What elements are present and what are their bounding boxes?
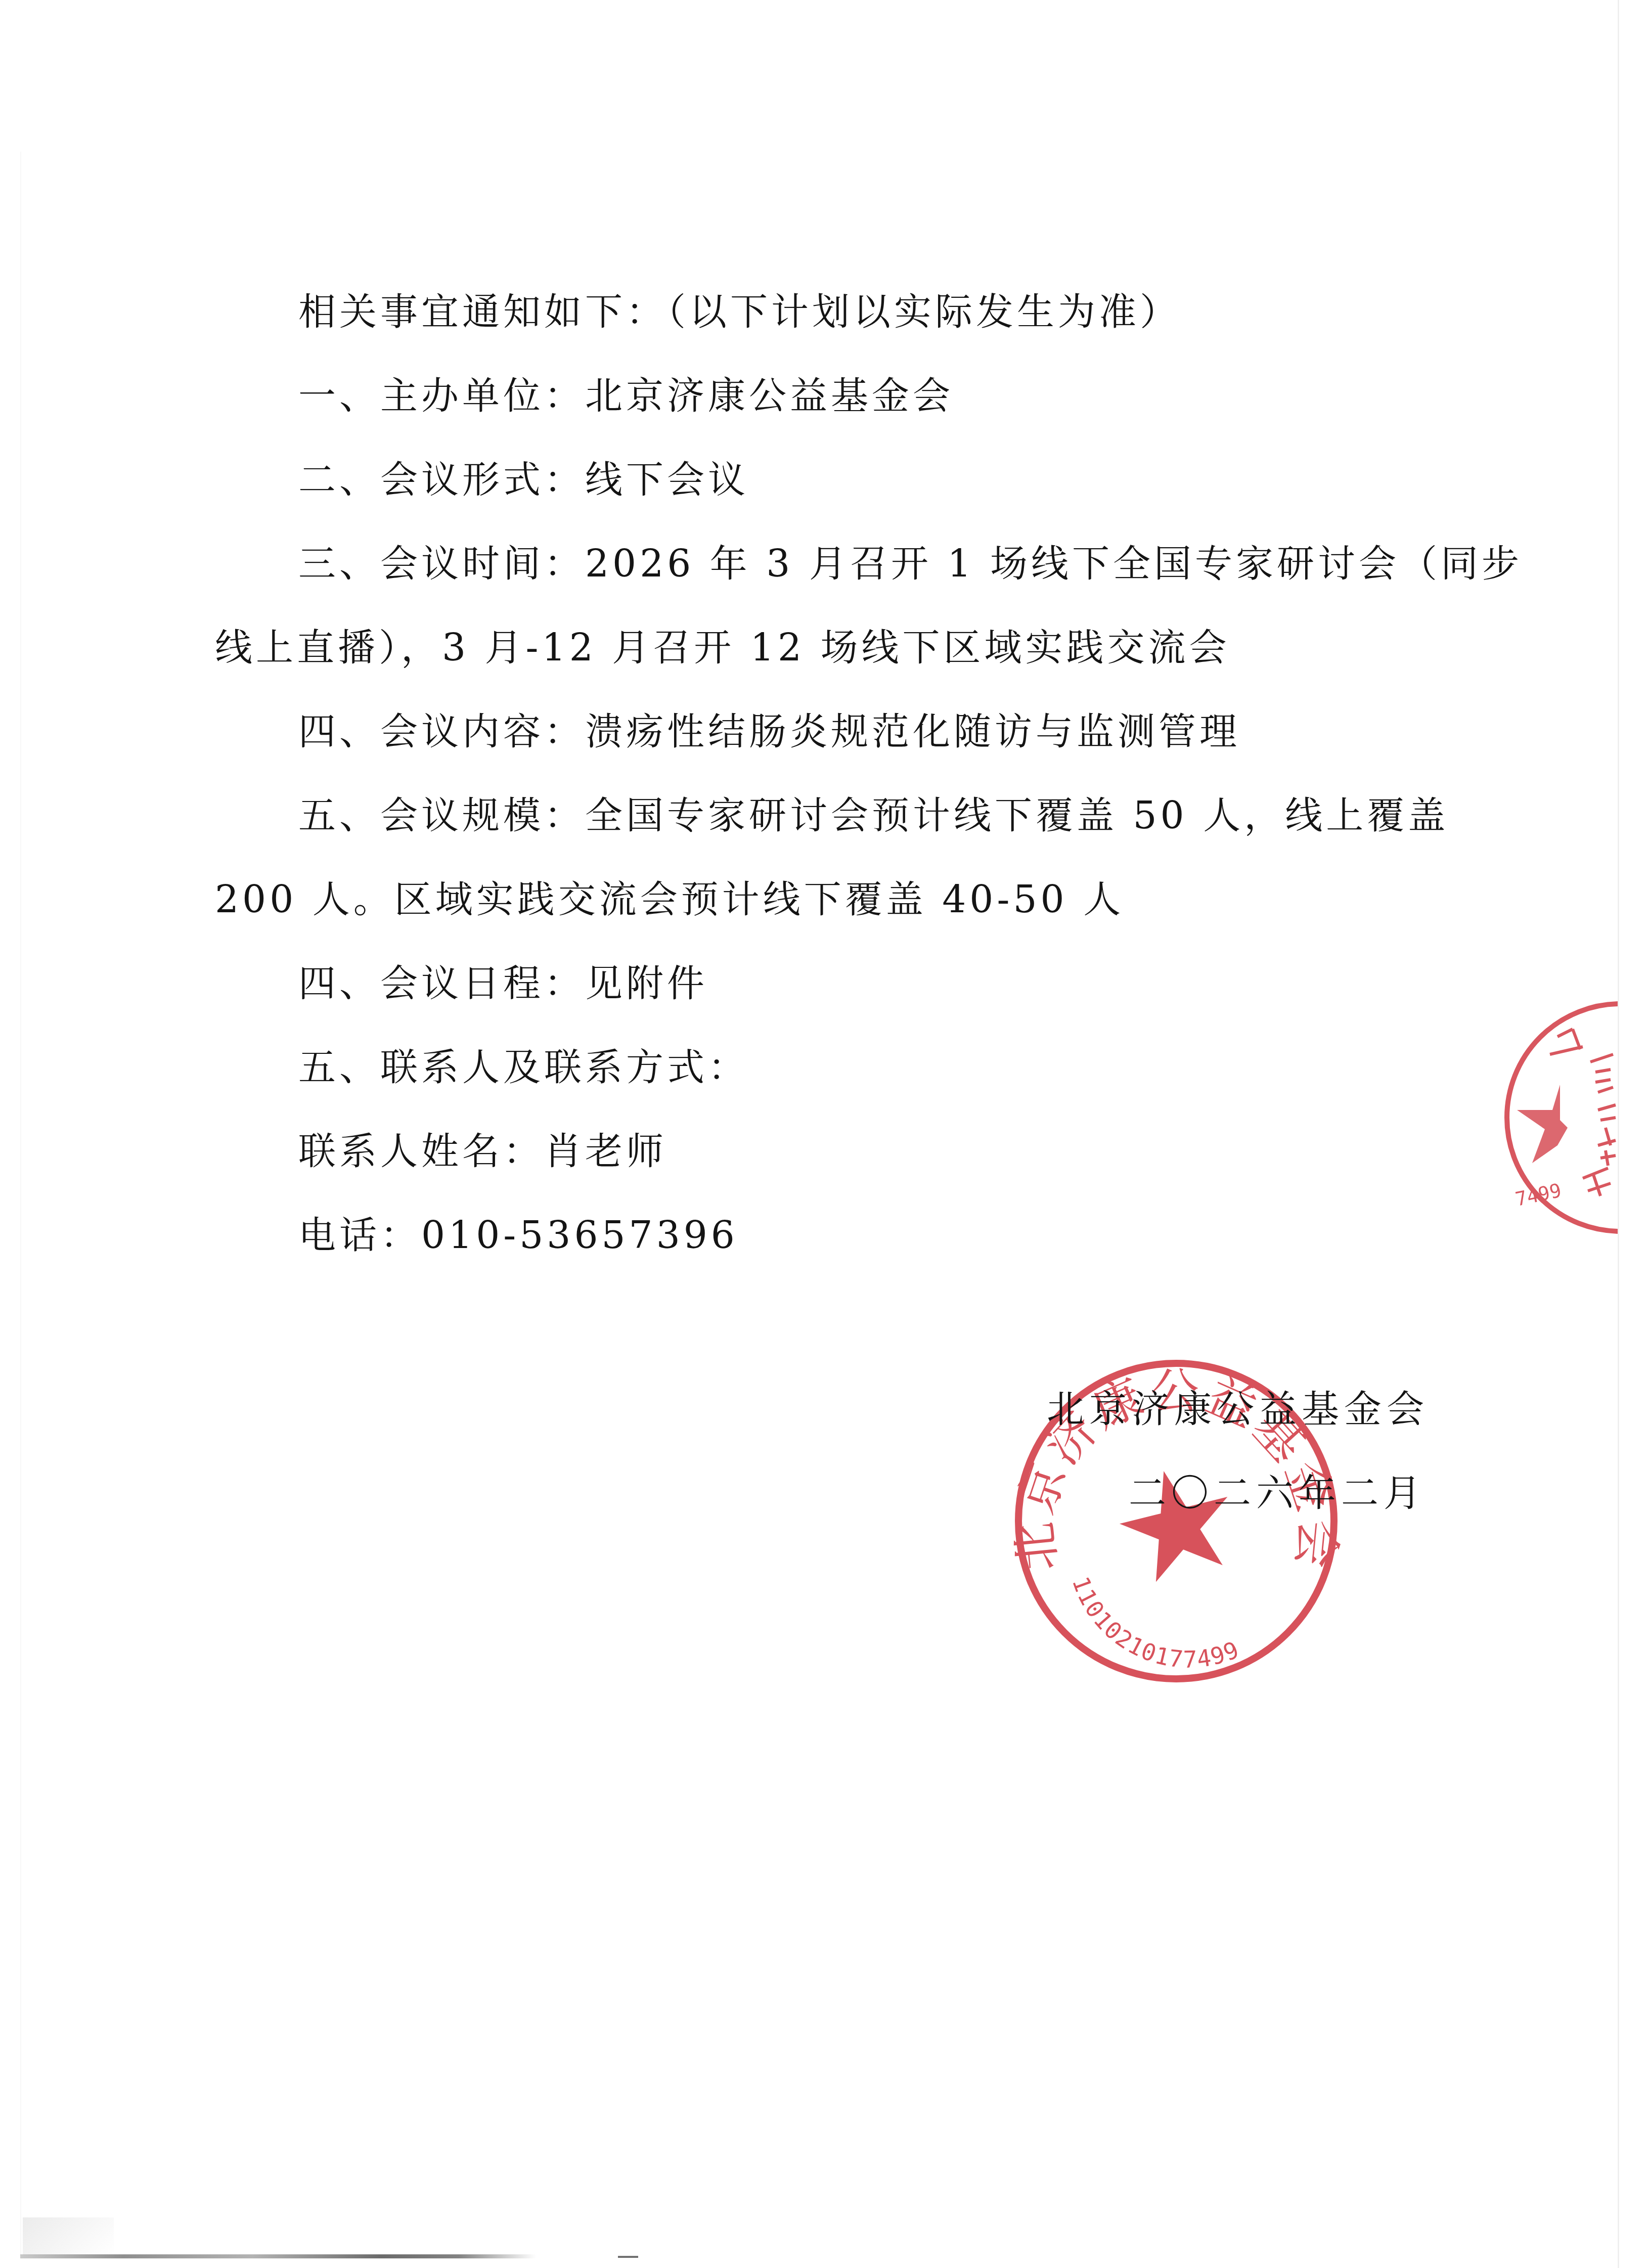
contact-name-line: 联系人姓名：肖老师 — [298, 1129, 667, 1174]
document-page: 相关事宜通知如下：（以下计划以实际发生为准） 一、主办单位：北京济康公益基金会 … — [0, 0, 1648, 2268]
item-label: 五、联系人及联系方式： — [298, 1046, 749, 1089]
item-label: 一、主办单位： — [298, 374, 585, 418]
scan-artifact-line — [20, 2254, 536, 2258]
item-label: 四、会议内容： — [298, 710, 585, 753]
page-edge-right — [1618, 0, 1619, 2268]
item-format: 二、会议形式：线下会议 — [298, 457, 749, 503]
signature-organization-text: 北京济康公益基金会 — [1047, 1388, 1429, 1431]
item-schedule: 四、会议日程：见附件 — [298, 961, 708, 1006]
item-content: 四、会议内容：溃疡性结肠炎规范化随访与监测管理 — [298, 709, 1240, 754]
item-value: 溃疡性结肠炎规范化随访与监测管理 — [585, 710, 1240, 753]
page-edge-left — [20, 152, 21, 2255]
item-scale-line1: 五、会议规模：全国专家研讨会预计线下覆盖 50 人，线上覆盖 — [298, 793, 1449, 838]
item-value-continued: 线上直播），3 月-12 月召开 12 场线下区域实践交流会 — [215, 626, 1230, 670]
signature-date: 二〇二六年二月 — [1129, 1471, 1426, 1516]
scan-artifact-mark — [618, 2256, 638, 2258]
item-value: 全国专家研讨会预计线下覆盖 50 人，线上覆盖 — [585, 794, 1449, 837]
item-value-continued: 200 人。区域实践交流会预计线下覆盖 40-50 人 — [215, 878, 1124, 921]
intro-text: 相关事宜通知如下：（以下计划以实际发生为准） — [298, 290, 1181, 334]
contact-phone: 010-53657396 — [421, 1214, 738, 1257]
item-label: 四、会议日程： — [298, 962, 585, 1005]
item-value: 北京济康公益基金会 — [585, 374, 954, 418]
signature-organization: 北京济康公益基金会 — [1047, 1387, 1429, 1432]
contact-phone-line: 电话：010-53657396 — [298, 1213, 738, 1258]
item-organizer: 一、主办单位：北京济康公益基金会 — [298, 373, 954, 419]
partial-seal-star-icon — [1517, 1085, 1568, 1163]
item-label: 五、会议规模： — [298, 794, 585, 837]
partial-seal-code: 7499 — [1513, 1179, 1564, 1211]
scan-shadow — [23, 2217, 114, 2255]
signature-date-text: 二〇二六年二月 — [1129, 1472, 1426, 1515]
item-label: 二、会议形式： — [298, 458, 585, 502]
intro-paragraph: 相关事宜通知如下：（以下计划以实际发生为准） — [298, 289, 1181, 335]
item-contact-heading: 五、联系人及联系方式： — [298, 1045, 749, 1090]
contact-name: 肖老师 — [544, 1130, 667, 1173]
item-value: 2026 年 3 月召开 1 场线下全国专家研讨会（同步 — [585, 542, 1523, 586]
partial-seal-stamp: 7499 — [1497, 999, 1618, 1236]
contact-phone-label: 电话： — [298, 1214, 421, 1257]
item-time-line2: 线上直播），3 月-12 月召开 12 场线下区域实践交流会 — [215, 625, 1230, 671]
item-value: 线下会议 — [585, 458, 749, 502]
item-scale-line2: 200 人。区域实践交流会预计线下覆盖 40-50 人 — [215, 877, 1124, 922]
item-value: 见附件 — [585, 962, 708, 1005]
item-time-line1: 三、会议时间：2026 年 3 月召开 1 场线下全国专家研讨会（同步 — [298, 541, 1523, 587]
item-label: 三、会议时间： — [298, 542, 585, 586]
contact-name-label: 联系人姓名： — [298, 1130, 544, 1173]
